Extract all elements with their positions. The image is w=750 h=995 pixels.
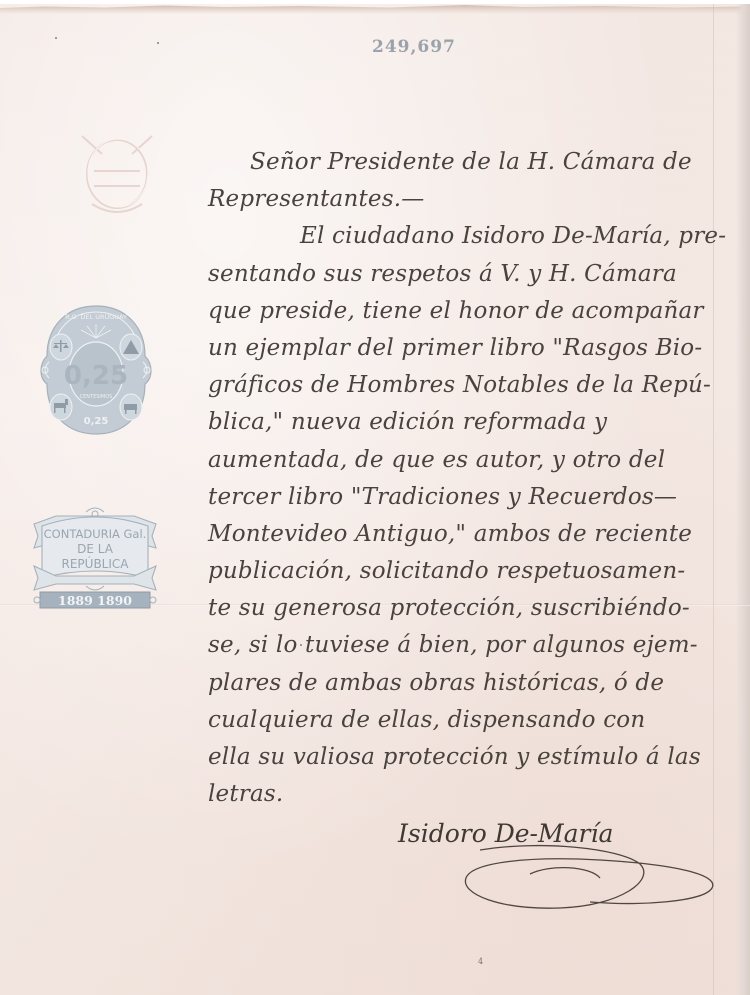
letter-line: Señor Presidente de la H. Cámara de: [208, 144, 728, 181]
contaduria-line1: CONTADURIA Gal.: [44, 527, 147, 541]
letter-line: que preside, tiene el honor de acompañar: [208, 293, 728, 330]
letter-line: un ejemplar del primer libro "Rasgos Bio…: [208, 330, 728, 367]
letter-line: gráficos de Hombres Notables de la Repú-: [208, 367, 728, 404]
paper-speck: [157, 42, 159, 44]
contaduria-stamp-icon: CONTADURIA Gal. DE LA REPÚBLICA 1889 189…: [28, 506, 162, 610]
embossed-seal-icon: [62, 116, 172, 226]
letter-body: Señor Presidente de la H. Cámara de Repr…: [208, 144, 728, 813]
letter-line: te su generosa protección, suscribiéndo-: [208, 590, 728, 627]
letter-line: cualquiera de ellas, dispensando con: [208, 702, 728, 739]
stamp-ring-text: CENTESIMOS: [80, 394, 113, 400]
contaduria-line2: DE LA: [77, 542, 114, 556]
letter-line: El ciudadano Isidoro De-María, pre-: [208, 218, 728, 255]
contaduria-line3: REPÚBLICA: [62, 556, 130, 571]
letter-line: se, si lo tuviese á bien, por algunos ej…: [208, 627, 728, 664]
document-sheet: 249,697 0: [0, 4, 750, 995]
letter-line: blica," nueva edición reformada y: [208, 404, 728, 441]
paper-speck: [55, 37, 57, 39]
page-mark: 4: [478, 957, 483, 966]
revenue-stamp-icon: 0,25 R.O. DEL URUGUAY CENTESIMOS 0,25: [37, 302, 155, 438]
letter-line: Montevideo Antiguo," ambos de reciente: [208, 516, 728, 553]
paper-right-edge: [736, 4, 750, 995]
stamp-country-text: R.O. DEL URUGUAY: [65, 313, 127, 321]
paper-speck: [300, 644, 302, 646]
letter-line: publicación, solicitando respetuosamen-: [208, 553, 728, 590]
letter-line: Representantes.—: [208, 181, 728, 218]
letter-line: letras.: [208, 776, 728, 813]
serial-number: 249,697: [372, 37, 456, 57]
stamp-value: 0,25: [64, 361, 128, 391]
stamp-small-value: 0,25: [84, 416, 109, 427]
signature-flourish-icon: [450, 844, 720, 916]
letter-line: tercer libro "Tradiciones y Recuerdos—: [208, 479, 728, 516]
letter-line: sentando sus respetos á V. y H. Cámara: [208, 256, 728, 293]
paper-top-edge: [0, 4, 750, 14]
letter-line: ella su valiosa protección y estímulo á …: [208, 739, 728, 776]
letter-line: aumentada, de que es autor, y otro del: [208, 442, 728, 479]
letter-line: plares de ambas obras históricas, ó de: [208, 665, 728, 702]
contaduria-years: 1889 1890: [58, 593, 132, 608]
